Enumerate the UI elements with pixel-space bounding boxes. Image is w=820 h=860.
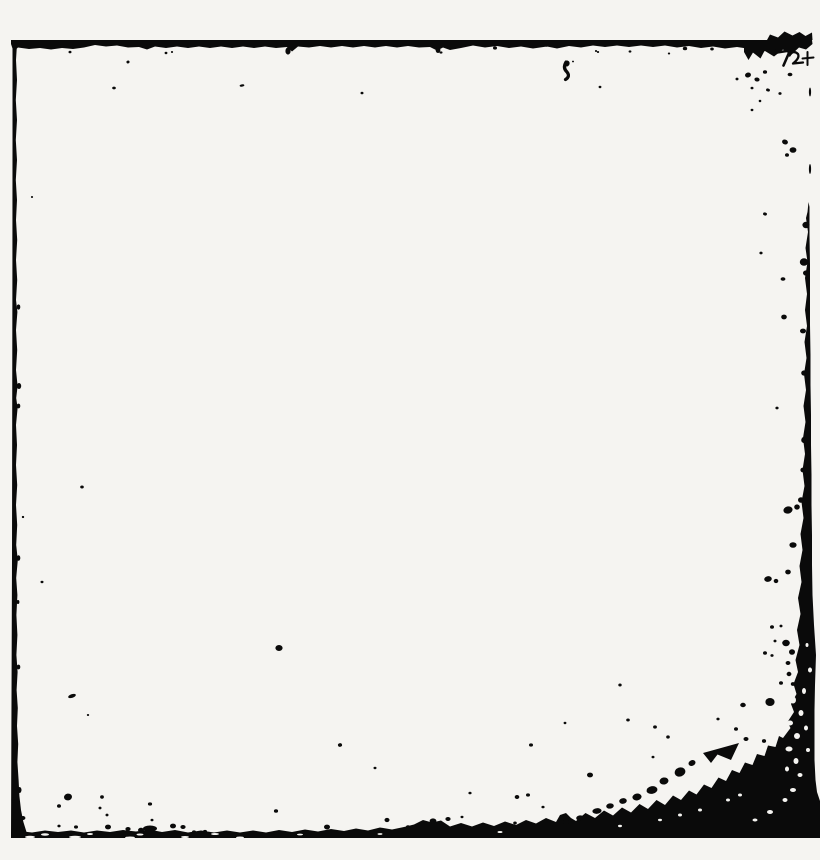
- ink-speckle: [683, 47, 687, 51]
- ink-speckle: [17, 555, 21, 561]
- ink-speckle: [572, 61, 574, 63]
- ink-speckle: [751, 87, 754, 90]
- white-hole: [767, 810, 773, 814]
- ink-speckle: [74, 825, 78, 828]
- ink-speckle: [710, 48, 714, 51]
- ink-speckle: [57, 825, 60, 828]
- white-hole: [738, 794, 742, 797]
- ink-speckle: [513, 822, 517, 825]
- ink-speckle: [146, 44, 150, 48]
- ink-speckle: [416, 828, 420, 831]
- ink-speckle: [751, 109, 754, 111]
- ink-speckle: [786, 661, 791, 665]
- ink-speckle: [801, 437, 809, 444]
- white-hole: [658, 819, 662, 821]
- ink-speckle: [41, 581, 44, 583]
- ink-speckle: [781, 277, 786, 281]
- ink-speckle: [780, 625, 783, 628]
- ink-speckle: [740, 703, 746, 707]
- ink-speckle: [564, 722, 567, 724]
- white-hole: [806, 643, 809, 647]
- ink-speckle: [385, 818, 390, 822]
- ink-speckle: [374, 767, 377, 769]
- grunge-art-svg: [0, 0, 820, 860]
- white-hole: [25, 836, 35, 838]
- ink-speckle: [802, 222, 809, 228]
- ink-speckle: [775, 407, 778, 410]
- ink-speckle: [445, 817, 450, 821]
- ink-speckle: [744, 737, 749, 741]
- ink-speckle: [436, 47, 441, 53]
- ink-speckle: [618, 684, 621, 687]
- white-hole: [678, 814, 682, 817]
- ink-speckle: [763, 651, 767, 655]
- ink-speckle: [529, 743, 533, 746]
- ink-speckle: [285, 47, 290, 54]
- ink-speckle: [563, 820, 569, 825]
- ink-speckle: [171, 51, 173, 53]
- ink-speckle: [31, 196, 33, 198]
- white-hole: [790, 788, 796, 792]
- ink-speckle: [666, 735, 670, 738]
- white-hole: [790, 697, 796, 704]
- ink-speckle: [652, 756, 655, 759]
- ink-speckle: [734, 727, 738, 731]
- white-hole: [786, 747, 793, 752]
- ink-speckle: [809, 88, 811, 97]
- ink-speckle: [13, 808, 18, 816]
- ink-speckle: [800, 468, 805, 473]
- ink-speckle: [22, 516, 24, 518]
- ink-speckle: [493, 46, 497, 49]
- white-hole: [794, 733, 800, 739]
- ink-speckle: [17, 383, 21, 389]
- white-hole: [726, 799, 730, 802]
- ink-speckle: [243, 833, 247, 836]
- ink-speckle: [100, 795, 104, 798]
- ink-speckle: [430, 818, 437, 823]
- white-hole: [137, 834, 144, 836]
- ink-speckle: [192, 830, 196, 833]
- ink-speckle: [151, 819, 154, 822]
- white-hole: [618, 825, 622, 827]
- ink-speckle: [461, 816, 464, 818]
- ink-speckle: [106, 814, 109, 817]
- ink-speckle: [785, 570, 791, 575]
- ink-speckle: [17, 304, 21, 309]
- ink-speckle: [759, 252, 762, 255]
- grunge-frame-image: [0, 0, 820, 860]
- white-hole: [297, 834, 303, 836]
- ink-speckle: [87, 714, 89, 716]
- white-hole: [794, 758, 799, 764]
- ink-speckle: [788, 73, 793, 77]
- ink-speckle: [16, 827, 23, 834]
- ink-speckle: [12, 819, 18, 829]
- white-hole: [808, 668, 812, 673]
- ink-speckle: [809, 164, 811, 174]
- white-hole: [698, 809, 702, 812]
- ink-speckle: [599, 86, 602, 88]
- ink-speckle: [782, 640, 790, 646]
- ink-speckle: [595, 50, 597, 52]
- ink-speckle: [203, 830, 207, 833]
- ink-speckle: [626, 719, 630, 722]
- ink-speckle: [762, 739, 766, 743]
- ink-speckle: [763, 70, 767, 74]
- ink-speckle: [790, 147, 797, 153]
- ink-speckle: [180, 825, 185, 829]
- ink-speckle: [165, 52, 168, 54]
- ink-speckle: [800, 258, 808, 266]
- white-hole: [41, 833, 49, 835]
- ink-speckle: [80, 486, 84, 489]
- white-hole: [798, 773, 803, 777]
- ink-speckle: [629, 50, 632, 52]
- ink-speckle: [770, 625, 774, 629]
- ink-speckle: [143, 826, 157, 832]
- ink-speckle: [803, 270, 809, 275]
- ink-speckle: [406, 825, 410, 829]
- ink-speckle: [361, 92, 364, 95]
- ink-speckle: [69, 51, 72, 54]
- ink-speckle: [148, 802, 152, 805]
- ink-speckle: [112, 87, 116, 90]
- white-hole: [125, 837, 135, 839]
- ink-speckle: [587, 773, 593, 778]
- ink-speckle: [541, 806, 544, 809]
- white-hole: [236, 837, 244, 839]
- white-hole: [498, 831, 503, 833]
- white-hole: [87, 833, 93, 835]
- ink-speckle: [526, 793, 530, 796]
- white-hole: [181, 836, 189, 838]
- ink-speckle: [18, 787, 22, 793]
- white-hole: [787, 721, 793, 726]
- ink-speckle: [17, 665, 21, 670]
- white-hole: [783, 798, 788, 802]
- ink-speckle: [653, 725, 657, 728]
- ink-speckle: [468, 792, 471, 795]
- ink-speckle: [597, 51, 599, 53]
- ink-speckle: [759, 100, 762, 102]
- ink-speckle: [716, 718, 719, 721]
- ink-speckle: [798, 497, 804, 503]
- background: [0, 0, 820, 860]
- ink-speckle: [774, 640, 777, 643]
- ink-speckle: [324, 825, 330, 830]
- white-hole: [799, 710, 804, 716]
- ink-speckle: [779, 681, 783, 685]
- ink-speckle: [774, 579, 779, 583]
- ink-speckle: [801, 370, 807, 375]
- white-hole: [806, 748, 810, 752]
- white-hole: [753, 819, 758, 822]
- ink-speckle: [668, 53, 670, 55]
- ink-speckle: [170, 824, 176, 829]
- white-hole: [378, 833, 383, 835]
- white-hole: [804, 726, 808, 731]
- white-hole: [802, 688, 806, 694]
- ink-speckle: [789, 649, 795, 655]
- ink-speckle: [736, 78, 739, 81]
- ink-speckle: [787, 672, 792, 676]
- ink-speckle: [11, 797, 14, 802]
- ink-speckle: [275, 645, 282, 651]
- ink-speckle: [99, 807, 102, 810]
- ink-speckle: [789, 542, 796, 548]
- ink-speckle: [274, 809, 278, 813]
- ink-speckle: [495, 827, 499, 830]
- ink-speckle: [125, 827, 130, 831]
- ink-speckle: [17, 404, 21, 409]
- ink-speckle: [778, 92, 781, 95]
- ink-speckle: [791, 682, 795, 686]
- ink-speckle: [770, 654, 773, 657]
- ink-speckle: [785, 153, 789, 157]
- ink-speckle: [21, 816, 26, 820]
- ink-speckle: [57, 804, 61, 808]
- ink-speckle: [515, 795, 520, 799]
- ink-speckle: [105, 825, 111, 830]
- white-hole: [211, 833, 219, 835]
- ink-speckle: [781, 315, 787, 320]
- ink-speckle: [794, 504, 800, 509]
- white-hole: [785, 767, 789, 772]
- ink-speckle: [17, 600, 20, 604]
- ink-speckle: [765, 698, 774, 706]
- ink-speckle: [800, 329, 806, 334]
- white-hole: [69, 836, 81, 838]
